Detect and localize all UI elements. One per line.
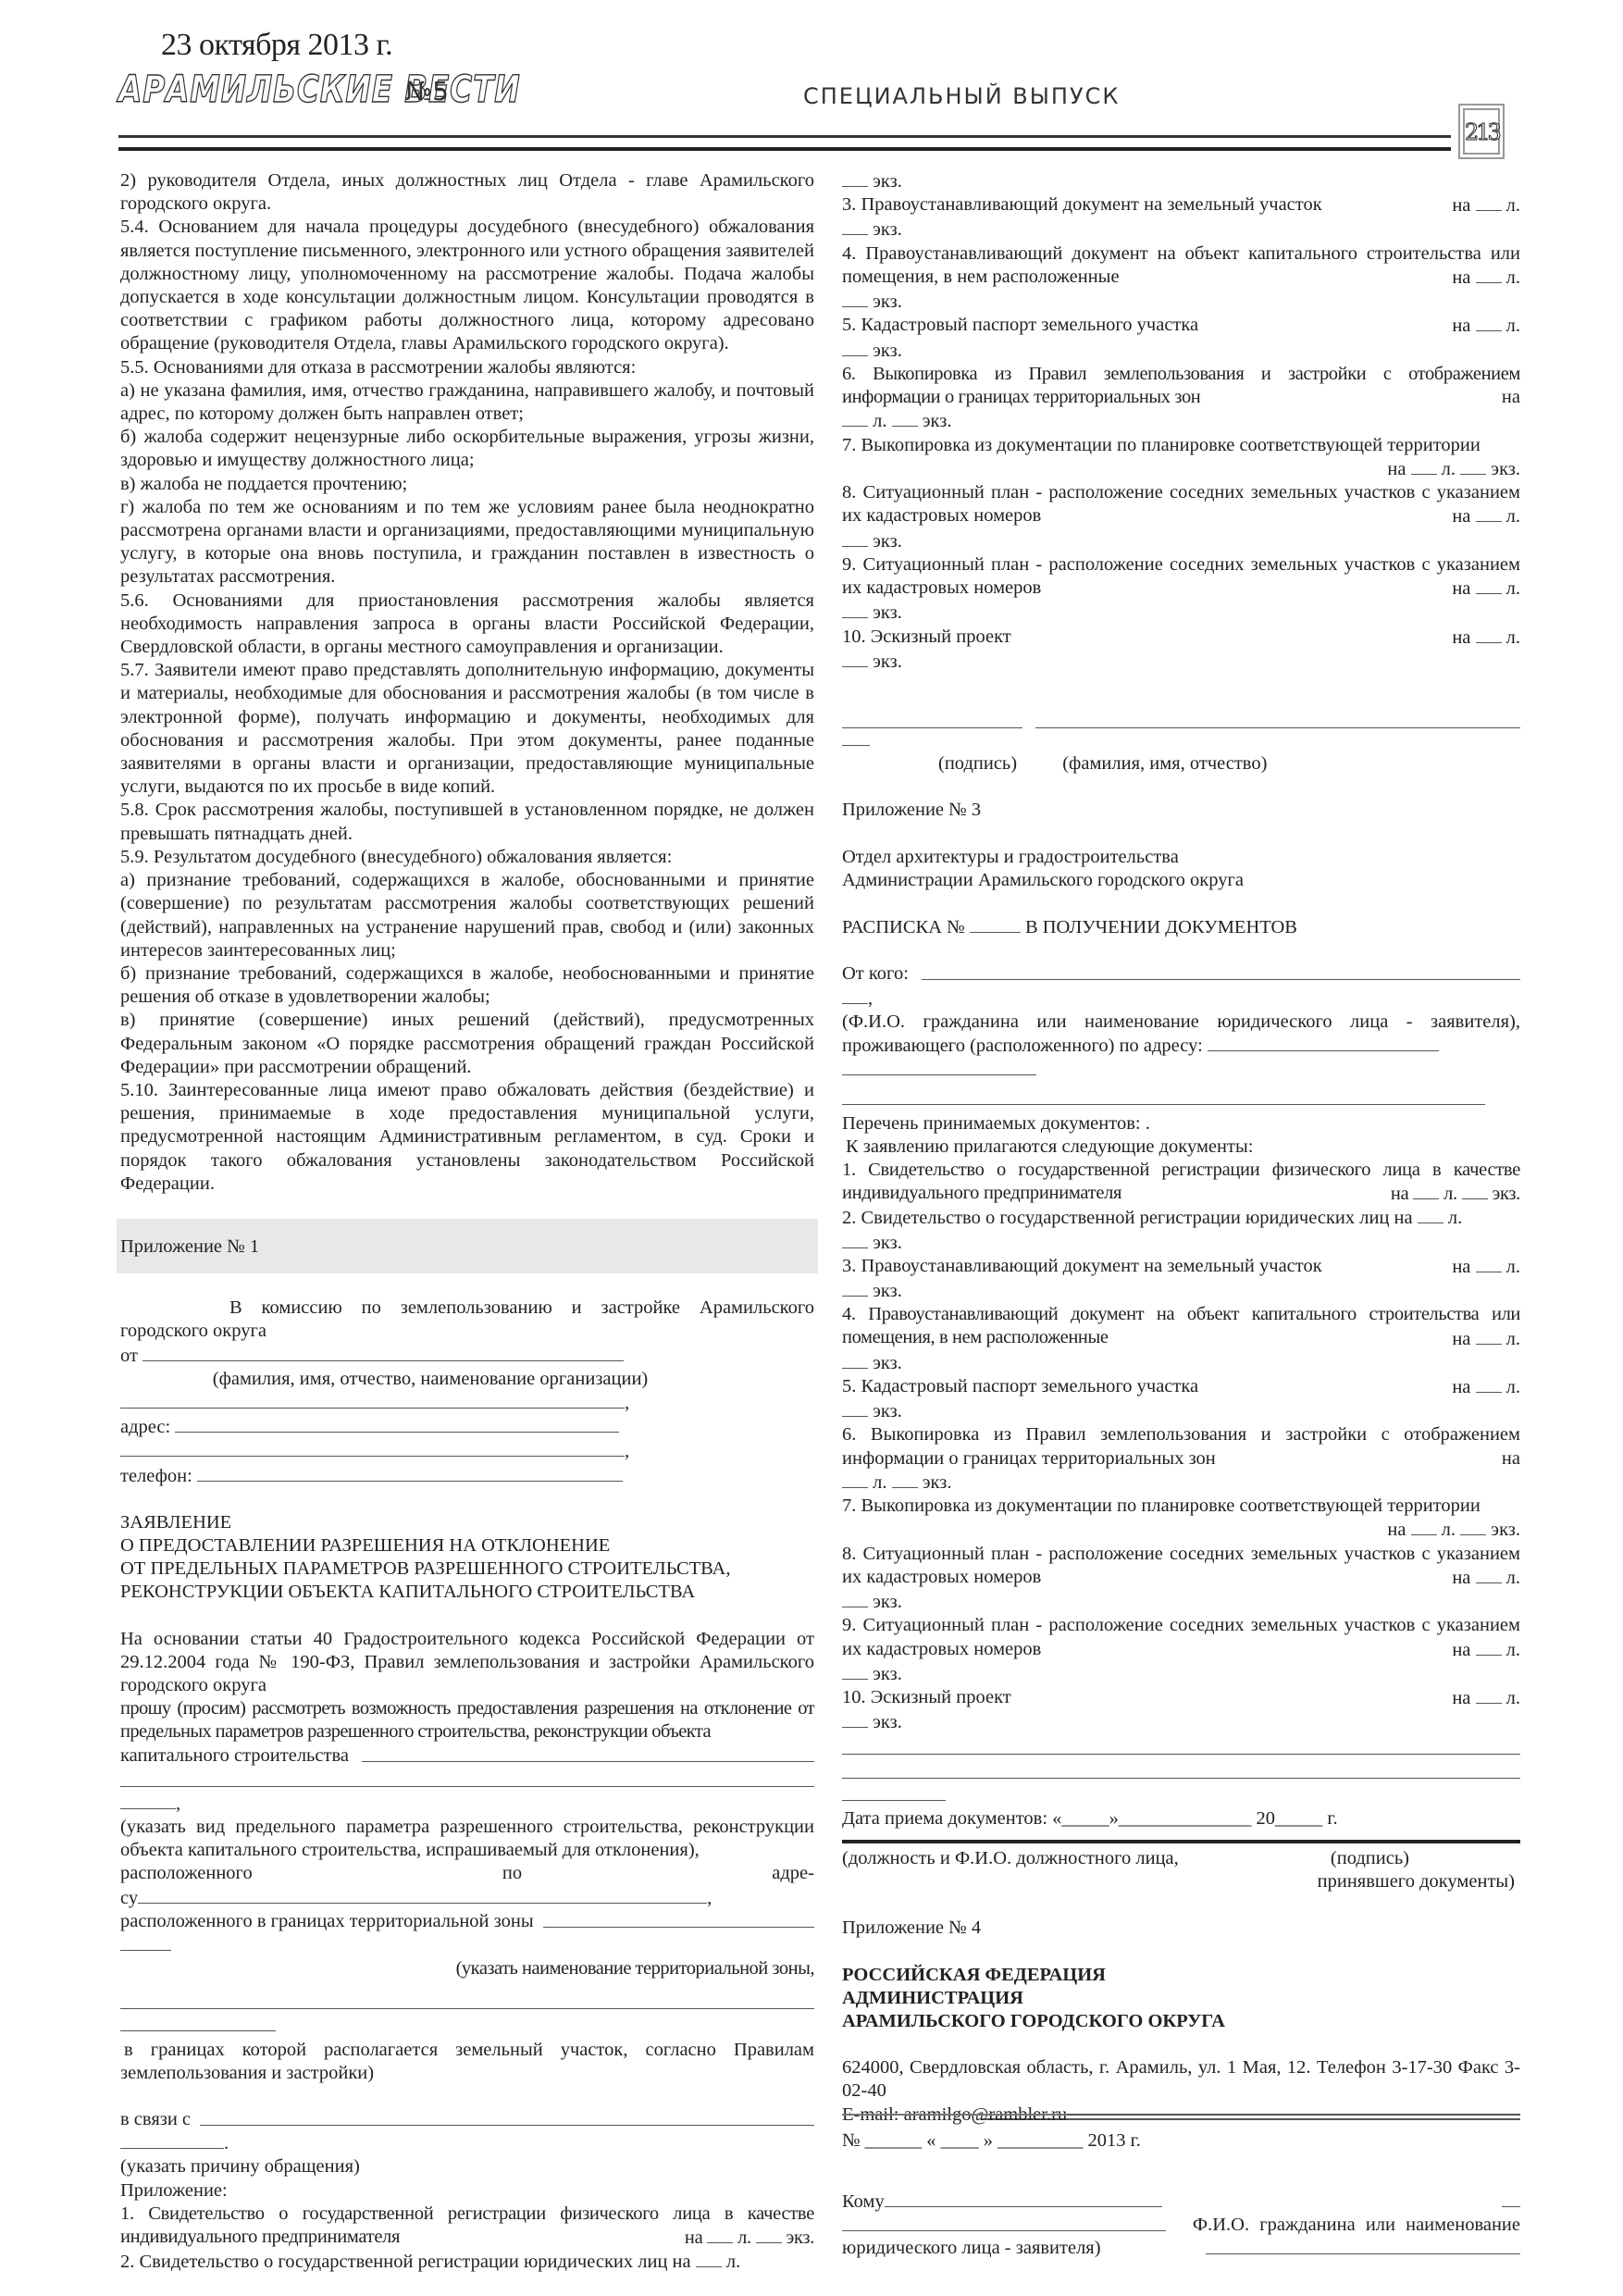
org-name: РОССИЙСКАЯ ФЕДЕРАЦИЯ АДМИНИСТРАЦИЯ АРАМИ… — [842, 1964, 1520, 2034]
request-text: прошу (просим) рассмотреть возможность п… — [120, 1697, 814, 1744]
receipt-doc: 2. Свидетельство о государственной регис… — [842, 1206, 1520, 1230]
notes-field[interactable] — [842, 1735, 1520, 1755]
receipt-doc: 1. Свидетельство о государственной регис… — [842, 1159, 1520, 1205]
section-title: СПЕЦИАЛЬНЫЙ ВЫПУСК — [803, 83, 1120, 109]
docs-list-label: Перечень принимаемых документов: . — [842, 1112, 1520, 1136]
from-field[interactable]: от — [120, 1344, 814, 1368]
copies-field[interactable]: экз. — [842, 1662, 1520, 1686]
copies-field[interactable]: экз. — [842, 650, 1520, 674]
appendix-1-title: Приложение № 1 — [120, 1236, 259, 1257]
receipt-title[interactable]: РАСПИСКА № В ПОЛУЧЕНИИ ДОКУМЕНТОВ — [842, 915, 1520, 939]
basis-text: На основании статьи 40 Градостроительног… — [120, 1628, 814, 1698]
header-rule — [118, 135, 1451, 151]
outgoing-number[interactable]: № ______ « ____ » _________ 2013 г. — [842, 2129, 1520, 2153]
from-whom-hint: (Ф.И.О. гражданина или наименование юрид… — [842, 1011, 1520, 1058]
issue-date: 23 октября 2013 г. — [161, 28, 392, 63]
paragraph: г) жалоба по тем же основаниям и по тем … — [120, 496, 814, 590]
receipt-doc: 10. Эскизный проектна л. — [842, 1686, 1520, 1710]
reason-field-2[interactable]: . — [120, 2131, 814, 2155]
zone-name-field-2[interactable] — [120, 2014, 814, 2038]
signature-tail[interactable] — [842, 728, 1520, 752]
copies-field[interactable]: экз. — [842, 169, 1520, 193]
doc-item: 10. Эскизный проектна л. — [842, 626, 1520, 650]
zone-name-field[interactable] — [120, 1990, 814, 2009]
receipt-doc: 7. Выкопировка из документации по планир… — [842, 1495, 1520, 1518]
receipt-doc: 3. Правоустанавливающий документ на земе… — [842, 1255, 1520, 1279]
signature-hints: (подпись) (фамилия, имя, отчество) — [842, 752, 1520, 776]
reason-hint: (указать причину обращения) — [120, 2155, 814, 2178]
doc-item: 7. Выкопировка из документации по планир… — [842, 434, 1520, 457]
paragraph: б) жалоба содержит нецензурные либо оско… — [120, 426, 814, 472]
paragraph: 5.4. Основанием для начала процедуры дос… — [120, 216, 814, 355]
page-number: 213 — [1463, 108, 1500, 155]
org-address: 624000, Свердловская область, г. Арамиль… — [842, 2056, 1520, 2103]
copies-field[interactable]: экз. — [842, 529, 1520, 553]
notes-field[interactable] — [842, 1759, 1520, 1779]
paragraph: 5.7. Заявители имеют право представлять … — [120, 659, 814, 799]
zone-hint-2: в границах которой располагается земельн… — [120, 2039, 814, 2085]
zone-hint: (указать наименование территориальной зо… — [120, 1957, 814, 1980]
issue-number: №5 — [405, 76, 449, 106]
paragraph: б) признание требований, содержащихся в … — [120, 962, 814, 1009]
docs-attached-label: К заявлению прилагаются следующие докуме… — [842, 1136, 1520, 1159]
name-hint: (фамилия, имя, отчество) — [1062, 753, 1267, 774]
sheets-field[interactable]: на л. экз. — [842, 457, 1520, 481]
address-field-2[interactable]: , — [120, 1439, 814, 1463]
address-field[interactable]: адрес: — [120, 1415, 814, 1439]
receipt-doc: 5. Кадастровый паспорт земельного участк… — [842, 1375, 1520, 1399]
copies-field[interactable]: экз. — [842, 1590, 1520, 1614]
appendix-1-band: Приложение № 1 — [117, 1219, 818, 1273]
doc-item: 3. Правоустанавливающий документ на земе… — [842, 193, 1520, 217]
copies-field[interactable]: экз. — [842, 217, 1520, 242]
zone-field-2[interactable] — [120, 1933, 814, 1957]
reason-field[interactable]: в связи с — [120, 2108, 814, 2131]
copies-field[interactable]: экз. — [842, 339, 1520, 363]
signature-lines[interactable] — [842, 711, 1520, 728]
paragraph: 2) руководителя Отдела, иных должностных… — [120, 169, 814, 216]
copies-field[interactable]: л. экз. — [842, 409, 1520, 433]
from-whom-field-2[interactable]: , — [842, 987, 1520, 1011]
copies-field[interactable]: экз. — [842, 1279, 1520, 1303]
newspaper-title: АРАМИЛЬСКИЕ ВЕСТИ — [118, 68, 521, 111]
left-column: 2) руководителя Отдела, иных должностных… — [120, 169, 814, 2274]
address-field-3[interactable] — [842, 1087, 1520, 1111]
from-field-2[interactable]: , — [120, 1391, 814, 1415]
param-hint: (указать вид предельного параметра разре… — [120, 1816, 814, 1862]
paragraph: 5.9. Результатом досудебного (внесудебно… — [120, 846, 814, 869]
attachment-1: 1. Свидетельство о государственной регис… — [120, 2203, 814, 2249]
to-field-3[interactable]: юридического лица - заявителя) — [842, 2237, 1520, 2260]
masthead: 23 октября 2013 г. АРАМИЛЬСКИЕ ВЕСТИ №5 … — [118, 28, 1534, 167]
page-number-box: 213 — [1458, 104, 1505, 159]
zone-field[interactable]: расположенного в границах территориально… — [120, 1910, 814, 1933]
doc-item: 5. Кадастровый паспорт земельного участк… — [842, 314, 1520, 338]
located-address-field[interactable]: су, — [120, 1886, 814, 1910]
appendix-4-title: Приложение № 4 — [842, 1917, 1520, 1940]
copies-field[interactable]: л. экз. — [842, 1471, 1520, 1495]
department-line-2: Администрации Арамильского городского ок… — [842, 869, 1520, 892]
paragraph: а) не указана фамилия, имя, отчество гра… — [120, 379, 814, 426]
paragraph: в) жалоба не поддается прочтению; — [120, 473, 814, 496]
paragraph: 5.6. Основаниями для приостановления рас… — [120, 590, 814, 660]
object-field[interactable]: капитального строительства — [120, 1744, 814, 1768]
notes-field-3[interactable] — [842, 1783, 1520, 1807]
right-column: экз. 3. Правоустанавливающий документ на… — [842, 169, 1520, 2261]
from-whom-field[interactable]: От кого: — [842, 962, 1520, 986]
appendix-3-title: Приложение № 3 — [842, 799, 1520, 822]
copies-field[interactable]: экз. — [842, 1399, 1520, 1423]
paragraph: а) признание требований, содержащихся в … — [120, 869, 814, 962]
sheets-field[interactable]: на л. экз. — [842, 1518, 1520, 1542]
department-line-1: Отдел архитектуры и градостроительства — [842, 846, 1520, 869]
copies-field[interactable]: экз. — [842, 1231, 1520, 1255]
paragraph: 5.5. Основаниями для отказа в рассмотрен… — [120, 356, 814, 379]
to-field[interactable]: Кому — [842, 2190, 1520, 2214]
copies-field[interactable]: экз. — [842, 1351, 1520, 1375]
object-field-2[interactable] — [120, 1768, 814, 1787]
copies-field[interactable]: экз. — [842, 290, 1520, 314]
paragraph: 5.10. Заинтересованные лица имеют право … — [120, 1079, 814, 1196]
located-line: расположенного по адре- — [120, 1862, 814, 1885]
attachment-2: 2. Свидетельство о государственной регис… — [120, 2250, 814, 2274]
copies-field[interactable]: экз. — [842, 601, 1520, 625]
phone-field[interactable]: телефон: — [120, 1464, 814, 1488]
official-hints: (должность и Ф.И.О. должностного лица, (… — [842, 1847, 1520, 1870]
paragraph: в) принятие (совершение) иных решений (д… — [120, 1009, 814, 1079]
signature-hint: (подпись) — [938, 753, 1017, 774]
copies-field[interactable]: экз. — [842, 1710, 1520, 1734]
object-field-3[interactable]: , — [120, 1792, 814, 1816]
address-field-2[interactable] — [842, 1058, 1520, 1082]
receipt-date[interactable]: Дата приема документов: «_____»_________… — [842, 1807, 1520, 1831]
from-hint: (фамилия, имя, отчество, наименование ор… — [120, 1368, 814, 1391]
application-heading: ЗАЯВЛЕНИЕ О ПРЕДОСТАВЛЕНИИ РАЗРЕШЕНИЯ НА… — [120, 1511, 814, 1605]
to-field-2[interactable]: Ф.И.О. гражданина или наименование — [842, 2214, 1520, 2237]
official-hint-2: принявшего документы) — [842, 1870, 1520, 1893]
addressee: В комиссию по землепользованию и застрой… — [120, 1297, 814, 1343]
attachments-label: Приложение: — [120, 2179, 814, 2203]
paragraph: 5.8. Срок рассмотрения жалобы, поступивш… — [120, 799, 814, 845]
signature-rule — [842, 1840, 1520, 1843]
